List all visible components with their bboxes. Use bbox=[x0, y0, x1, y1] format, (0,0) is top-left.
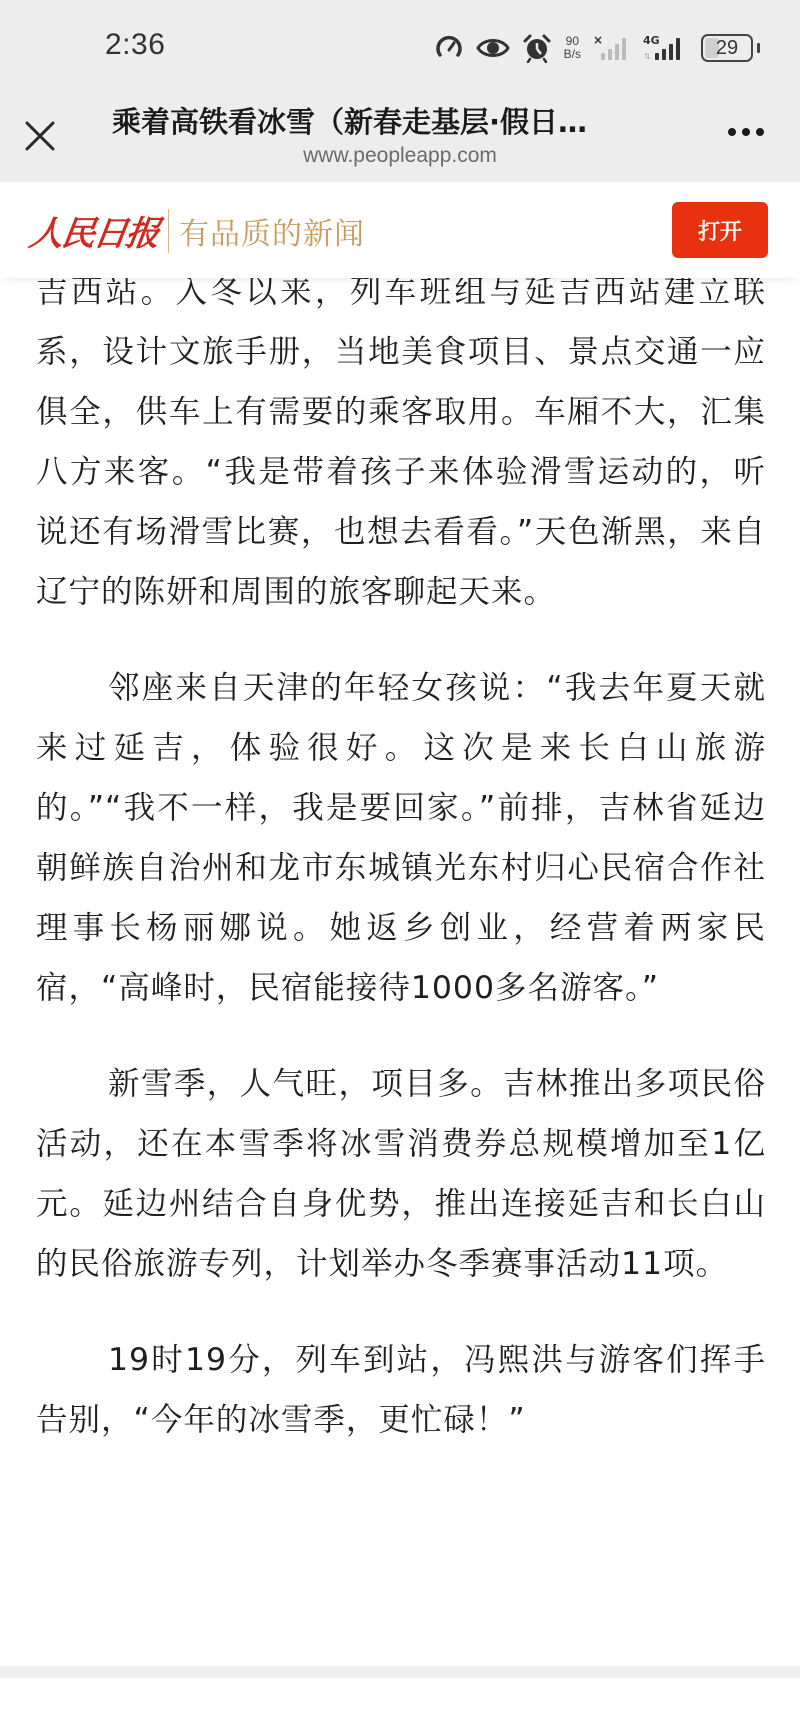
logo-mark: 人民日报 bbox=[27, 206, 162, 255]
status-icons: 90 B/s × 4G⇅ 29 bbox=[434, 28, 760, 68]
article-paragraph: 新雪季，人气旺，项目多。吉林推出多项民俗活动，还在本雪季将冰雪消费券总规模增加至… bbox=[36, 1054, 766, 1294]
battery-level: 29 bbox=[701, 34, 753, 62]
page-url: www.peopleapp.com bbox=[0, 144, 800, 168]
svg-text:⇅: ⇅ bbox=[644, 52, 651, 61]
status-time: 2:36 bbox=[105, 28, 165, 62]
wifi-signal-off-icon: × bbox=[593, 33, 631, 63]
svg-text:×: × bbox=[593, 33, 603, 47]
cellular-4g-signal-icon: 4G⇅ bbox=[643, 33, 689, 63]
browser-title-bar: 乘着高铁看冰雪（新春走基层·假日… www.peopleapp.com bbox=[0, 90, 800, 182]
logo-slogan: 有品质的新闻 bbox=[179, 209, 365, 253]
network-type-label: 4G bbox=[643, 34, 660, 47]
article-paragraph: 吉西站。入冬以来，列车班组与延吉西站建立联系，设计文旅手册，当地美食项目、景点交… bbox=[36, 262, 766, 622]
logo-divider bbox=[168, 209, 169, 253]
net-speed-unit: B/s bbox=[564, 48, 581, 61]
speedometer-icon bbox=[434, 33, 464, 63]
page-title: 乘着高铁看冰雪（新春走基层·假日… bbox=[112, 100, 672, 141]
article-paragraph: 19时19分，列车到站，冯熙洪与游客们挥手告别，“今年的冰雪季，更忙碌！” bbox=[36, 1330, 766, 1450]
bottom-divider-strip bbox=[0, 1666, 800, 1678]
more-options-button[interactable] bbox=[728, 128, 764, 136]
battery-icon: 29 bbox=[701, 34, 753, 62]
net-speed: 90 B/s bbox=[564, 35, 581, 61]
eye-icon bbox=[476, 36, 510, 60]
status-bar: 2:36 90 B/s × 4G⇅ 29 bbox=[0, 0, 800, 90]
battery-nub bbox=[757, 43, 760, 53]
more-dots-icon bbox=[728, 128, 736, 136]
people-daily-logo: 人民日报 有品质的新闻 bbox=[30, 206, 365, 255]
app-promo-banner: 人民日报 有品质的新闻 打开 bbox=[0, 182, 800, 278]
article-paragraph: 邻座来自天津的年轻女孩说：“我去年夏天就来过延吉，体验很好。这次是来长白山旅游的… bbox=[36, 658, 766, 1018]
article-body: 吉西站。入冬以来，列车班组与延吉西站建立联系，设计文旅手册，当地美食项目、景点交… bbox=[36, 262, 766, 1450]
open-app-button[interactable]: 打开 bbox=[672, 202, 768, 258]
alarm-icon bbox=[522, 33, 552, 63]
